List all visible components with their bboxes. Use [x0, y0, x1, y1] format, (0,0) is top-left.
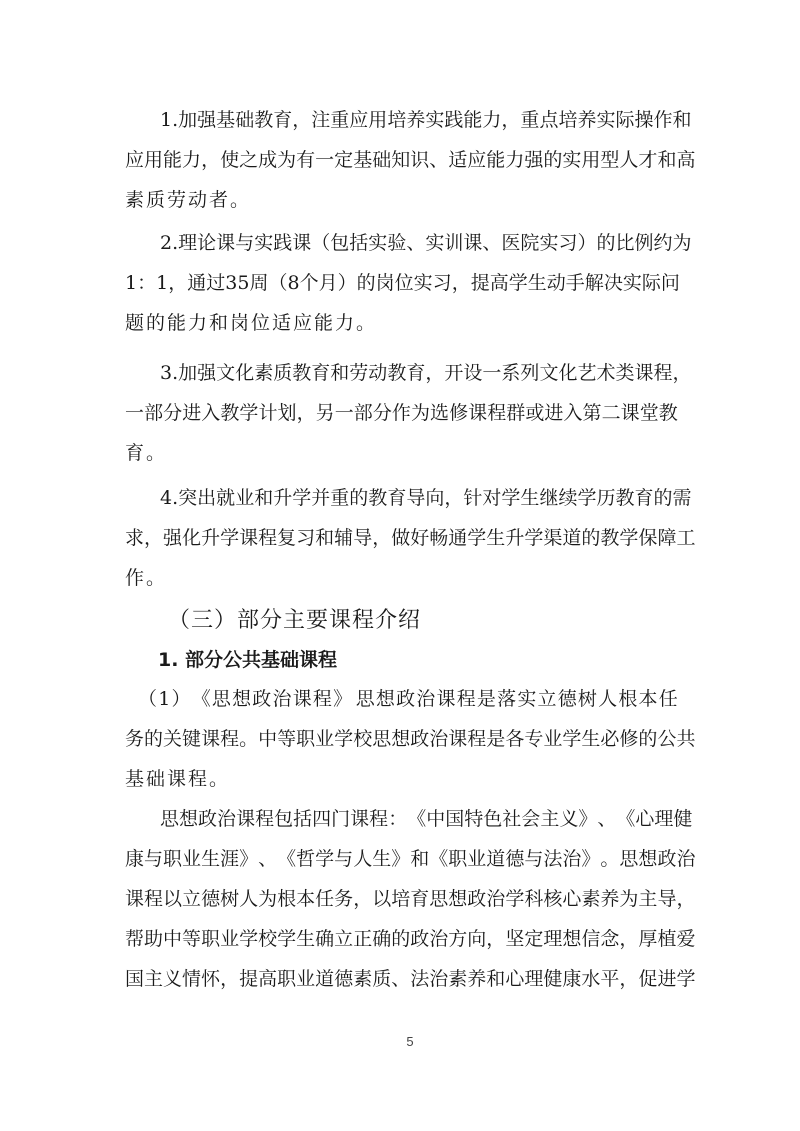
- paragraph-6-line-1: 思想政治课程包括四门课程：《中国特色社会主义》、《心理健: [160, 804, 678, 834]
- paragraph-6-line-2: 康与职业生涯》、《哲学与人生》和《职业道德与法治》。思想政治: [125, 844, 678, 874]
- paragraph-5-line-1: （1）《思想政治课程》 思想政治课程是落实立德树人根本任: [138, 684, 678, 714]
- paragraph-6-line-5: 国主义情怀，提高职业道德素质、法治素养和心理健康水平，促进学: [125, 964, 678, 994]
- paragraph-2-line-1: 2.理论课与实践课（包括实验、实训课、医院实习）的比例约为: [160, 228, 678, 258]
- subsection-heading: 1. 部分公共基础课程: [158, 645, 337, 675]
- page-number: 5: [0, 1034, 800, 1049]
- paragraph-1-line-2: 应用能力，使之成为有一定基础知识、适应能力强的实用型人才和高: [125, 145, 678, 175]
- paragraph-6-line-4: 帮助中等职业学校学生确立正确的政治方向，坚定理想信念，厚植爱: [125, 924, 678, 954]
- paragraph-4-line-1: 4.突出就业和升学并重的教育导向，针对学生继续学历教育的需: [160, 483, 678, 513]
- paragraph-1-line-3: 素质劳动者。: [125, 185, 678, 215]
- paragraph-3-line-1: 3.加强文化素质教育和劳动教育，开设一系列文化艺术类课程，: [160, 358, 678, 388]
- section-heading: （三）部分主要课程介绍: [168, 606, 421, 636]
- paragraph-1-line-1: 1.加强基础教育，注重应用培养实践能力，重点培养实际操作和: [160, 105, 678, 135]
- paragraph-2-line-2: 1：1，通过35周（8个月）的岗位实习，提高学生动手解决实际问: [125, 268, 678, 298]
- paragraph-5-line-2: 务的关键课程。中等职业学校思想政治课程是各专业学生必修的公共: [125, 724, 678, 754]
- paragraph-6-line-3: 课程以立德树人为根本任务，以培育思想政治学科核心素养为主导，: [125, 884, 678, 914]
- paragraph-4-line-2: 求，强化升学课程复习和辅导，做好畅通学生升学渠道的教学保障工: [125, 523, 678, 553]
- paragraph-5-line-3: 基础课程。: [125, 764, 678, 794]
- paragraph-3-line-2: 一部分进入教学计划，另一部分作为选修课程群或进入第二课堂教: [125, 398, 678, 428]
- paragraph-2-line-3: 题的能力和岗位适应能力。: [125, 308, 678, 338]
- paragraph-4-line-3: 作。: [125, 563, 678, 593]
- document-page: 1.加强基础教育，注重应用培养实践能力，重点培养实际操作和 应用能力，使之成为有…: [0, 0, 800, 1131]
- paragraph-3-line-3: 育。: [125, 438, 678, 468]
